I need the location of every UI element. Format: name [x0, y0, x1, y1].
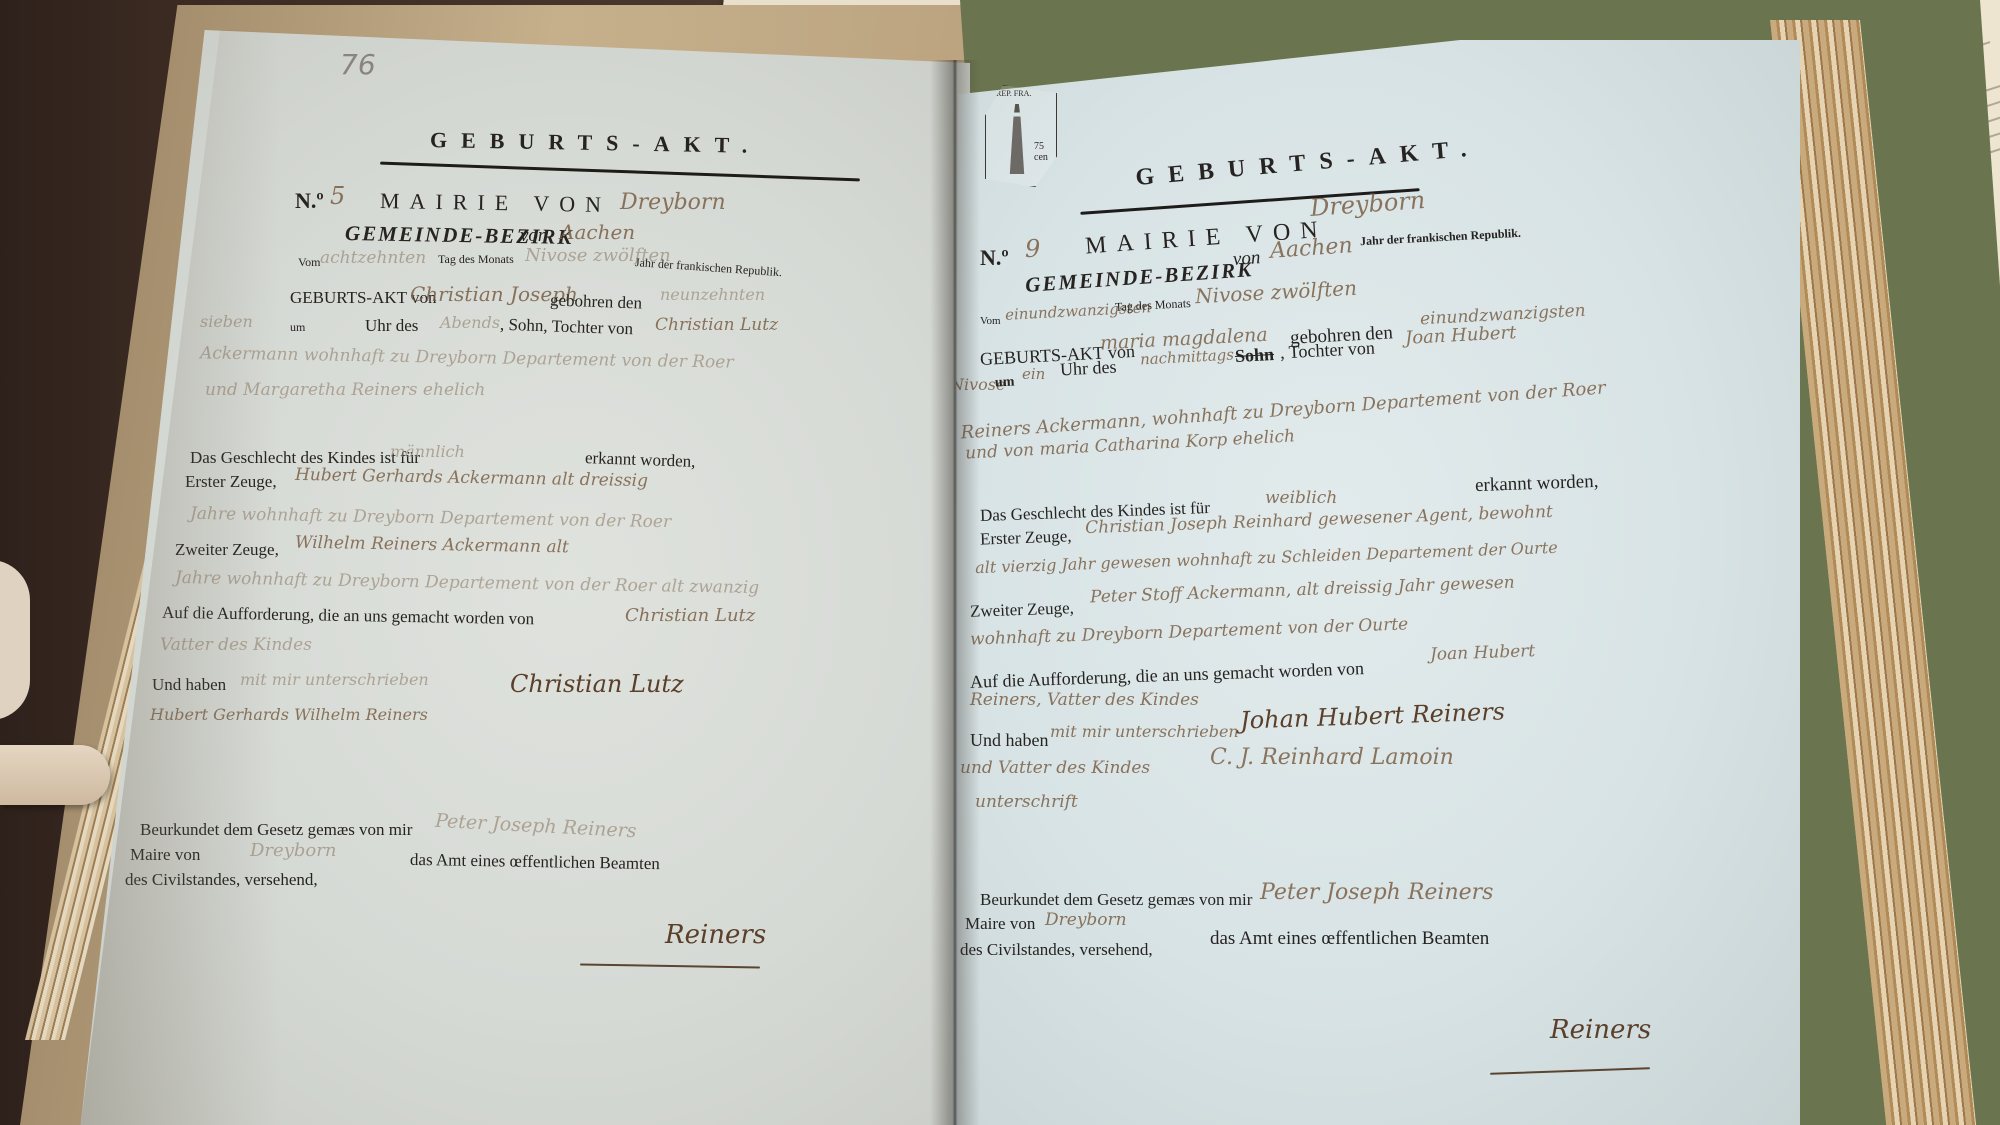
number-label: N.º — [980, 245, 1009, 271]
geschlecht-value: männlich — [390, 442, 465, 461]
erster-zeuge-value: Hubert Gerhards Ackermann alt dreissig — [295, 465, 648, 491]
uhr-label: Uhr des — [1059, 357, 1117, 381]
um-label: um — [290, 320, 305, 335]
erster-zeuge-label: Erster Zeuge, — [980, 526, 1072, 549]
stamp-unit: cen — [1034, 152, 1048, 163]
gebohren-value: neunzehnten — [660, 285, 765, 304]
signature-witness: C. J. Reinhard Lamoin — [1210, 745, 1454, 770]
aufforderung-value: Christian Lutz — [625, 605, 755, 626]
stamp-amount: 75 — [1034, 141, 1044, 152]
zweiter-zeuge-label: Zweiter Zeuge, — [970, 598, 1074, 622]
sohn-tochter-label: , Sohn, Tochter von — [500, 315, 634, 340]
witness-note: und Vatter des Kindes — [960, 758, 1150, 778]
beurkundet-label: Beurkundet dem Gesetz gemæs von mir — [980, 890, 1252, 910]
aufforderung-detail: Reiners, Vatter des Kindes — [970, 690, 1199, 710]
signature-flourish — [580, 963, 760, 968]
tochter-label: , Tochter von — [1280, 338, 1376, 364]
erkannt-label: erkannt worden, — [1475, 471, 1599, 497]
gemeinde-von: von — [520, 225, 547, 247]
gemeinde-value: Aachen — [1269, 233, 1353, 264]
zweiter-zeuge-value: Peter Stoff Ackermann, alt dreissig Jahr… — [1090, 573, 1515, 608]
gebohren-label: gebohren den — [550, 290, 643, 313]
gloved-hand — [0, 560, 30, 720]
book-gutter — [930, 60, 980, 1125]
sohn-struck: Sohn — [1234, 344, 1274, 367]
um-value: ein — [1022, 365, 1045, 383]
mayor-signature: Reiners — [1550, 1015, 1651, 1045]
aufforderung-label: Auf die Aufforderung, die an uns gemacht… — [970, 658, 1365, 693]
erkannt-label: erkannt worden, — [585, 448, 696, 472]
signature-father: Christian Lutz — [510, 670, 684, 698]
amt-label: das Amt eines œffentlichen Beamten — [1210, 928, 1489, 950]
page-number: 76 — [340, 48, 376, 81]
revenue-stamp: REP. FRA. 75cen — [985, 85, 1057, 187]
vom-label: Vom — [298, 255, 320, 270]
mairie-value: Dreyborn — [620, 190, 726, 215]
jahr-label: Jahr der frankischen Republik. — [1360, 226, 1521, 249]
right-page: 77 GEBURTS-AKT. N.º 9 MAIRIE VON Dreybor… — [950, 40, 1800, 1125]
record-title: GEBURTS-AKT. — [1134, 135, 1481, 192]
liberty-figure-icon — [1008, 104, 1026, 174]
mayor-signature: Reiners — [665, 920, 766, 950]
und-haben-value: mit mir unterschrieben — [1050, 722, 1239, 741]
tag-label: Tag des Monats — [1115, 296, 1192, 315]
uhr-value: nachmittags — [1140, 346, 1235, 369]
officer-name: Peter Joseph Reiners — [1260, 880, 1493, 905]
uhr-label: Uhr des — [365, 316, 418, 336]
title-rule — [380, 162, 860, 182]
stamp-label: REP. FRA. — [996, 89, 1031, 98]
parent-value: Joan Hubert — [1405, 322, 1517, 349]
mairie-value: Dreyborn — [1309, 186, 1426, 222]
record-number: 9 — [1025, 235, 1040, 263]
zweiter-zeuge-value: Wilhelm Reiners Ackermann alt — [295, 533, 569, 558]
gloved-thumb — [0, 745, 110, 805]
zweiter-zeuge-detail: wohnhaft zu Dreyborn Departement von der… — [970, 614, 1409, 649]
um-label: um — [995, 375, 1015, 392]
und-haben-label: Und haben — [970, 730, 1048, 751]
number-label: N.º — [295, 188, 324, 214]
officer-name: Peter Joseph Reiners — [435, 810, 637, 843]
parent-value: Christian Lutz — [655, 315, 778, 335]
mairie-label: MAIRIE VON — [380, 188, 611, 218]
day-value: achtzehnten — [320, 248, 426, 268]
jahr-label: Jahr der frankischen Republik. — [634, 255, 782, 280]
amt-label: das Amt eines œffentlichen Beamten — [410, 850, 660, 874]
signature-flourish — [1490, 1067, 1650, 1075]
tag-label: Tag des Monats — [438, 252, 514, 267]
aufforderung-value: Joan Hubert — [1430, 641, 1536, 665]
gemeinde-von: von — [1232, 247, 1261, 271]
record-number: 5 — [330, 182, 345, 210]
stamp-value: 75cen — [1034, 141, 1048, 163]
record-title: GEBURTS-AKT. — [430, 127, 762, 159]
uhr-value: Abends — [440, 313, 500, 332]
vom-label: Vom — [980, 315, 1001, 327]
geschlecht-value: weiblich — [1265, 488, 1337, 508]
unterschrift-note: unterschrift — [975, 792, 1078, 812]
maire-value: Dreyborn — [1045, 910, 1127, 930]
signature-father: Johan Hubert Reiners — [1240, 697, 1506, 734]
civilstandes-label: des Civilstandes, versehend, — [960, 940, 1153, 960]
gemeinde-value: Aachen — [560, 220, 635, 244]
